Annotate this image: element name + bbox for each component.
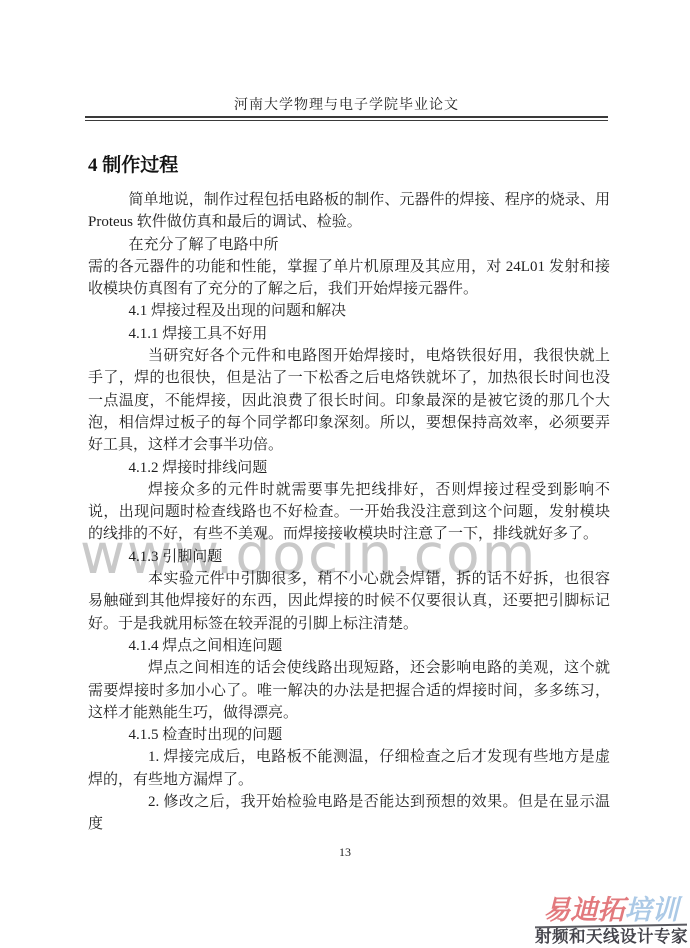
subsection-heading: 4.1.5 检查时出现的问题: [88, 724, 610, 746]
paragraph: 当研究好各个元件和电路图开始焊接时，电烙铁很好用，我很快就上手了，焊的也很快，但…: [88, 345, 610, 456]
document-body: 4 制作过程 简单地说，制作过程包括电路板的制作、元器件的焊接、程序的烧录、用 …: [88, 152, 610, 836]
subsection-heading: 4.1.3 引脚问题: [88, 546, 610, 568]
paragraph: 1. 焊接完成后，电路板不能测温，仔细检查之后才发现有些地方是虚焊的，有些地方漏…: [88, 746, 610, 791]
brand-tagline: 射频和天线设计专家: [535, 928, 687, 946]
page-number: 13: [0, 845, 690, 860]
header-divider: [85, 116, 608, 121]
brand-name-red: 易迪拓: [544, 895, 625, 926]
paragraph: 焊接众多的元件时就需要事先把线排好，否则焊接过程受到影响不说，出现问题时检查线路…: [88, 479, 610, 546]
paragraph: 需的各元器件的功能和性能，掌握了单片机原理及其应用，对 24L01 发射和接收模…: [88, 256, 610, 301]
subsection-heading: 4.1 焊接过程及出现的问题和解决: [88, 300, 610, 322]
brand-name-blue: 培训: [625, 895, 679, 926]
section-heading: 4 制作过程: [88, 152, 610, 180]
paragraph: 简单地说，制作过程包括电路板的制作、元器件的焊接、程序的烧录、用 Proteus…: [88, 189, 610, 234]
brand-title: 易迪拓培训: [535, 896, 687, 925]
document-page: 河南大学物理与电子学院毕业论文 www.docin.com 4 制作过程 简单地…: [0, 0, 690, 948]
paragraph: 2. 修改之后，我开始检验电路是否能达到预想的效果。但是在显示温度: [88, 791, 610, 836]
subsection-heading: 4.1.4 焊点之间相连问题: [88, 635, 610, 657]
paragraph: 在充分了解了电路中所: [88, 234, 610, 256]
paragraph: 本实验元件中引脚很多，稍不小心就会焊错，拆的话不好拆，也很容易触碰到其他焊接好的…: [88, 568, 610, 635]
brand-logo: 易迪拓培训 射频和天线设计专家: [535, 896, 687, 946]
paragraph: 焊点之间相连的话会使线路出现短路，还会影响电路的美观，这个就需要焊接时多加小心了…: [88, 657, 610, 724]
subsection-heading: 4.1.1 焊接工具不好用: [88, 323, 610, 345]
document-header-title: 河南大学物理与电子学院毕业论文: [85, 94, 608, 114]
subsection-heading: 4.1.2 焊接时排线问题: [88, 457, 610, 479]
